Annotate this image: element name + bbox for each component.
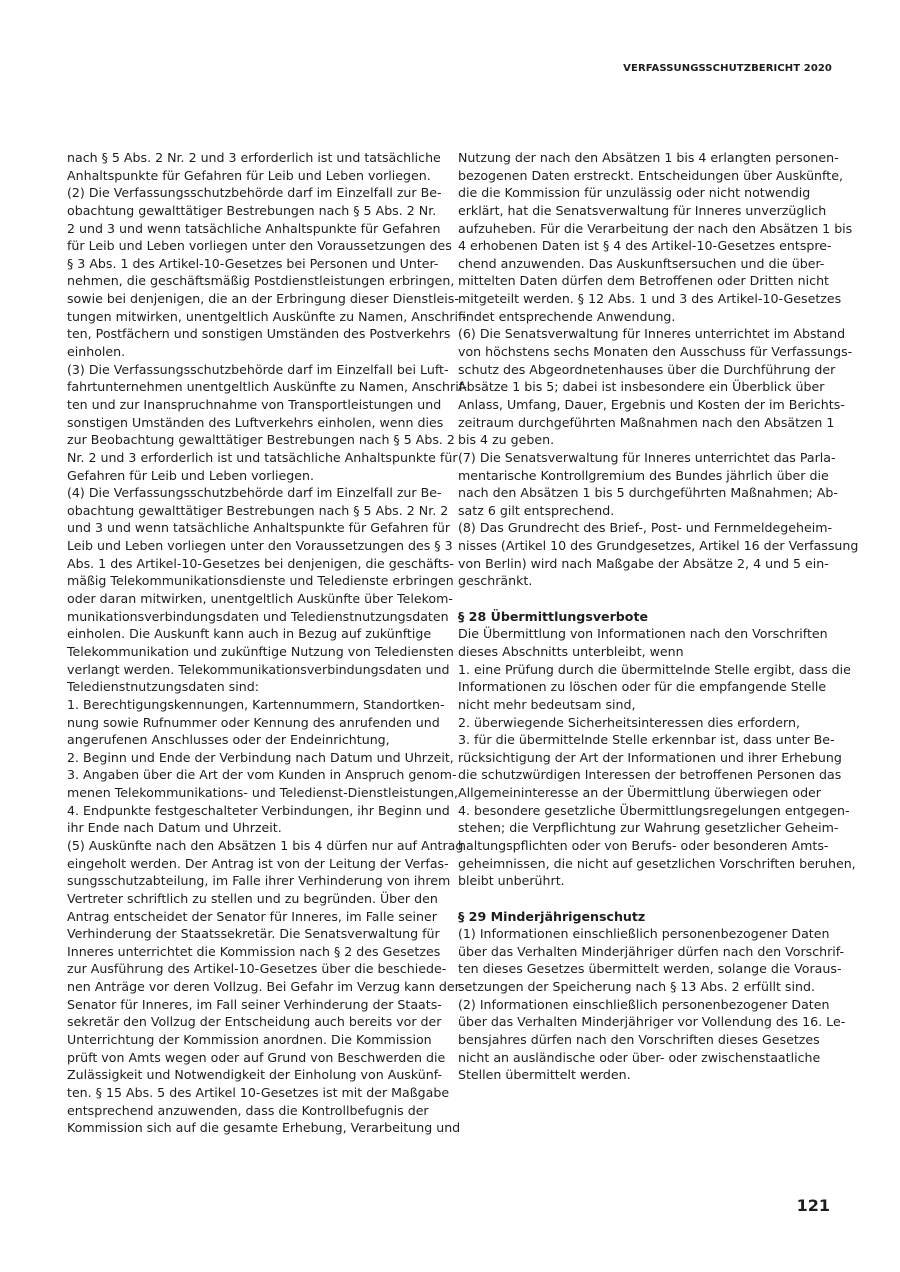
section-29-body: (1) Informationen einschließlich persone… bbox=[458, 925, 838, 1084]
text-line: 3. für die übermittelnde Stelle erkennba… bbox=[458, 731, 838, 749]
text-line: 4. Endpunkte festgeschalteter Verbindung… bbox=[67, 802, 447, 820]
text-line: Teledienstnutzungsdaten sind: bbox=[67, 678, 447, 696]
text-line: Senator für Inneres, im Fall seiner Verh… bbox=[67, 996, 447, 1014]
text-line: sungsschutzabteilung, im Falle ihrer Ver… bbox=[67, 872, 447, 890]
text-line: dieses Abschnitts unterbleibt, wenn bbox=[458, 643, 838, 661]
text-line: Anhaltspunkte für Gefahren für Leib und … bbox=[67, 167, 447, 185]
right-column: Nutzung der nach den Absätzen 1 bis 4 er… bbox=[458, 149, 838, 1084]
text-line: Vertreter schriftlich zu stellen und zu … bbox=[67, 890, 447, 908]
text-line: ihr Ende nach Datum und Uhrzeit. bbox=[67, 819, 447, 837]
text-line: 2 und 3 und wenn tatsächliche Anhaltspun… bbox=[67, 220, 447, 238]
text-line: sonstigen Umständen des Luftverkehrs ein… bbox=[67, 414, 447, 432]
text-line: (2) Informationen einschließlich persone… bbox=[458, 996, 838, 1014]
text-line: für Leib und Leben vorliegen unter den V… bbox=[67, 237, 447, 255]
text-line: nehmen, die geschäftsmäßig Postdienstlei… bbox=[67, 272, 447, 290]
text-line: Telekommunikation und zukünftige Nutzung… bbox=[67, 643, 447, 661]
text-line: bensjahres dürfen nach den Vorschriften … bbox=[458, 1031, 838, 1049]
text-line: und 3 und wenn tatsächliche Anhaltspunkt… bbox=[67, 519, 447, 537]
text-line: Gefahren für Leib und Leben vorliegen. bbox=[67, 467, 447, 485]
page-number: 121 bbox=[797, 1196, 830, 1215]
text-line: einholen. bbox=[67, 343, 447, 361]
text-line: entsprechend anzuwenden, dass die Kontro… bbox=[67, 1102, 447, 1120]
text-line: stehen; die Verpflichtung zur Wahrung ge… bbox=[458, 819, 838, 837]
running-header: VERFASSUNGSSCHUTZBERICHT 2020 bbox=[623, 63, 832, 74]
text-line: obachtung gewalttätiger Bestrebungen nac… bbox=[67, 202, 447, 220]
text-line: tungen mitwirken, unentgeltlich Auskünft… bbox=[67, 308, 447, 326]
text-line: verlangt werden. Telekommunikationsverbi… bbox=[67, 661, 447, 679]
text-line: aufzuheben. Für die Verarbeitung der nac… bbox=[458, 220, 838, 238]
text-line: mäßig Telekommunikationsdienste und Tele… bbox=[67, 572, 447, 590]
text-line: mittelten Daten dürfen dem Betroffenen o… bbox=[458, 272, 838, 290]
section-29: § 29 Minderjährigenschutz (1) Informatio… bbox=[458, 908, 838, 1084]
text-line: nicht an ausländische oder über- oder zw… bbox=[458, 1049, 838, 1067]
text-line: Zulässigkeit und Notwendigkeit der Einho… bbox=[67, 1066, 447, 1084]
text-line: Informationen zu löschen oder für die em… bbox=[458, 678, 838, 696]
text-line: (5) Auskünfte nach den Absätzen 1 bis 4 … bbox=[67, 837, 447, 855]
text-line: ten. § 15 Abs. 5 des Artikel 10-Gesetzes… bbox=[67, 1084, 447, 1102]
text-line: die schutzwürdigen Interessen der betrof… bbox=[458, 766, 838, 784]
spacer bbox=[458, 590, 838, 608]
text-line: § 3 Abs. 1 des Artikel-10-Gesetzes bei P… bbox=[67, 255, 447, 273]
text-line: geheimnissen, die nicht auf gesetzlichen… bbox=[458, 855, 838, 873]
text-line: (1) Informationen einschließlich persone… bbox=[458, 925, 838, 943]
text-line: ten dieses Gesetzes übermittelt werden, … bbox=[458, 960, 838, 978]
text-line: sowie bei denjenigen, die an der Erbring… bbox=[67, 290, 447, 308]
section-heading: § 28 Übermittlungsverbote bbox=[458, 608, 838, 626]
text-line: sekretär den Vollzug der Entscheidung au… bbox=[67, 1013, 447, 1031]
text-line: obachtung gewalttätiger Bestrebungen nac… bbox=[67, 502, 447, 520]
text-line: bleibt unberührt. bbox=[458, 872, 838, 890]
text-line: bis 4 zu geben. bbox=[458, 431, 838, 449]
text-line: Antrag entscheidet der Senator für Inner… bbox=[67, 908, 447, 926]
text-line: mitgeteilt werden. § 12 Abs. 1 und 3 des… bbox=[458, 290, 838, 308]
text-line: 3. Angaben über die Art der vom Kunden i… bbox=[67, 766, 447, 784]
text-line: Stellen übermittelt werden. bbox=[458, 1066, 838, 1084]
text-line: 4. besondere gesetzliche Übermittlungsre… bbox=[458, 802, 838, 820]
section-heading: § 29 Minderjährigenschutz bbox=[458, 908, 838, 926]
text-line: schutz des Abgeordnetenhauses über die D… bbox=[458, 361, 838, 379]
text-line: zur Ausführung des Artikel-10-Gesetzes ü… bbox=[67, 960, 447, 978]
text-line: die die Kommission für unzulässig oder n… bbox=[458, 184, 838, 202]
text-line: Nr. 2 und 3 erforderlich ist und tatsäch… bbox=[67, 449, 447, 467]
text-line: 2. überwiegende Sicherheitsinteressen di… bbox=[458, 714, 838, 732]
text-line: (4) Die Verfassungsschutzbehörde darf im… bbox=[67, 484, 447, 502]
text-line: prüft von Amts wegen oder auf Grund von … bbox=[67, 1049, 447, 1067]
text-line: rücksichtigung der Art der Informationen… bbox=[458, 749, 838, 767]
text-line: Verhinderung der Staatssekretär. Die Sen… bbox=[67, 925, 447, 943]
section-28-body: Die Übermittlung von Informationen nach … bbox=[458, 625, 838, 890]
text-line: Kommission sich auf die gesamte Erhebung… bbox=[67, 1119, 447, 1137]
text-line: zur Beobachtung gewalttätiger Bestrebung… bbox=[67, 431, 447, 449]
text-line: von höchstens sechs Monaten den Ausschus… bbox=[458, 343, 838, 361]
section-28: § 28 Übermittlungsverbote Die Übermittlu… bbox=[458, 608, 838, 890]
text-line: ten und zur Inanspruchnahme von Transpor… bbox=[67, 396, 447, 414]
text-line: mentarische Kontrollgremium des Bundes j… bbox=[458, 467, 838, 485]
text-line: (7) Die Senatsverwaltung für Inneres unt… bbox=[458, 449, 838, 467]
section-27-continued: Nutzung der nach den Absätzen 1 bis 4 er… bbox=[458, 149, 838, 590]
text-line: bezogenen Daten erstreckt. Entscheidunge… bbox=[458, 167, 838, 185]
text-line: zeitraum durchgeführten Maßnahmen nach d… bbox=[458, 414, 838, 432]
text-line: geschränkt. bbox=[458, 572, 838, 590]
text-line: menen Telekommunikations- und Teledienst… bbox=[67, 784, 447, 802]
text-line: von Berlin) wird nach Maßgabe der Absätz… bbox=[458, 555, 838, 573]
text-line: Leib und Leben vorliegen unter den Vorau… bbox=[67, 537, 447, 555]
text-line: (2) Die Verfassungsschutzbehörde darf im… bbox=[67, 184, 447, 202]
text-line: Inneres unterrichtet die Kommission nach… bbox=[67, 943, 447, 961]
text-line: Allgemeininteresse an der Übermittlung ü… bbox=[458, 784, 838, 802]
text-line: Anlass, Umfang, Dauer, Ergebnis und Kost… bbox=[458, 396, 838, 414]
text-line: Unterrichtung der Kommission anordnen. D… bbox=[67, 1031, 447, 1049]
text-line: Abs. 1 des Artikel-10-Gesetzes bei denje… bbox=[67, 555, 447, 573]
text-line: findet entsprechende Anwendung. bbox=[458, 308, 838, 326]
text-line: satz 6 gilt entsprechend. bbox=[458, 502, 838, 520]
spacer bbox=[458, 890, 838, 908]
text-line: nicht mehr bedeutsam sind, bbox=[458, 696, 838, 714]
text-line: nach den Absätzen 1 bis 5 durchgeführten… bbox=[458, 484, 838, 502]
text-line: haltungspflichten oder von Berufs- oder … bbox=[458, 837, 838, 855]
text-line: 1. Berechtigungskennungen, Kartennummern… bbox=[67, 696, 447, 714]
text-line: fahrtunternehmen unentgeltlich Auskünfte… bbox=[67, 378, 447, 396]
text-line: (8) Das Grundrecht des Brief-, Post- und… bbox=[458, 519, 838, 537]
text-line: ten, Postfächern und sonstigen Umständen… bbox=[67, 325, 447, 343]
text-line: nach § 5 Abs. 2 Nr. 2 und 3 erforderlich… bbox=[67, 149, 447, 167]
text-line: nung sowie Rufnummer oder Kennung des an… bbox=[67, 714, 447, 732]
text-line: einholen. Die Auskunft kann auch in Bezu… bbox=[67, 625, 447, 643]
text-line: eingeholt werden. Der Antrag ist von der… bbox=[67, 855, 447, 873]
text-line: 4 erhobenen Daten ist § 4 des Artikel-10… bbox=[458, 237, 838, 255]
text-line: Nutzung der nach den Absätzen 1 bis 4 er… bbox=[458, 149, 838, 167]
text-line: chend anzuwenden. Das Auskunftsersuchen … bbox=[458, 255, 838, 273]
text-line: (6) Die Senatsverwaltung für Inneres unt… bbox=[458, 325, 838, 343]
text-line: über das Verhalten Minderjähriger dürfen… bbox=[458, 943, 838, 961]
text-line: 1. eine Prüfung durch die übermittelnde … bbox=[458, 661, 838, 679]
text-line: angerufenen Anschlusses oder der Endeinr… bbox=[67, 731, 447, 749]
text-line: nisses (Artikel 10 des Grundgesetzes, Ar… bbox=[458, 537, 838, 555]
left-column: nach § 5 Abs. 2 Nr. 2 und 3 erforderlich… bbox=[67, 149, 447, 1137]
text-line: über das Verhalten Minderjähriger vor Vo… bbox=[458, 1013, 838, 1031]
text-line: munikationsverbindungsdaten und Teledien… bbox=[67, 608, 447, 626]
text-line: Absätze 1 bis 5; dabei ist insbesondere … bbox=[458, 378, 838, 396]
text-line: (3) Die Verfassungsschutzbehörde darf im… bbox=[67, 361, 447, 379]
text-line: nen Anträge vor deren Vollzug. Bei Gefah… bbox=[67, 978, 447, 996]
text-line: setzungen der Speicherung nach § 13 Abs.… bbox=[458, 978, 838, 996]
text-line: oder daran mitwirken, unentgeltlich Ausk… bbox=[67, 590, 447, 608]
text-line: 2. Beginn und Ende der Verbindung nach D… bbox=[67, 749, 447, 767]
text-line: erklärt, hat die Senatsverwaltung für In… bbox=[458, 202, 838, 220]
text-line: Die Übermittlung von Informationen nach … bbox=[458, 625, 838, 643]
